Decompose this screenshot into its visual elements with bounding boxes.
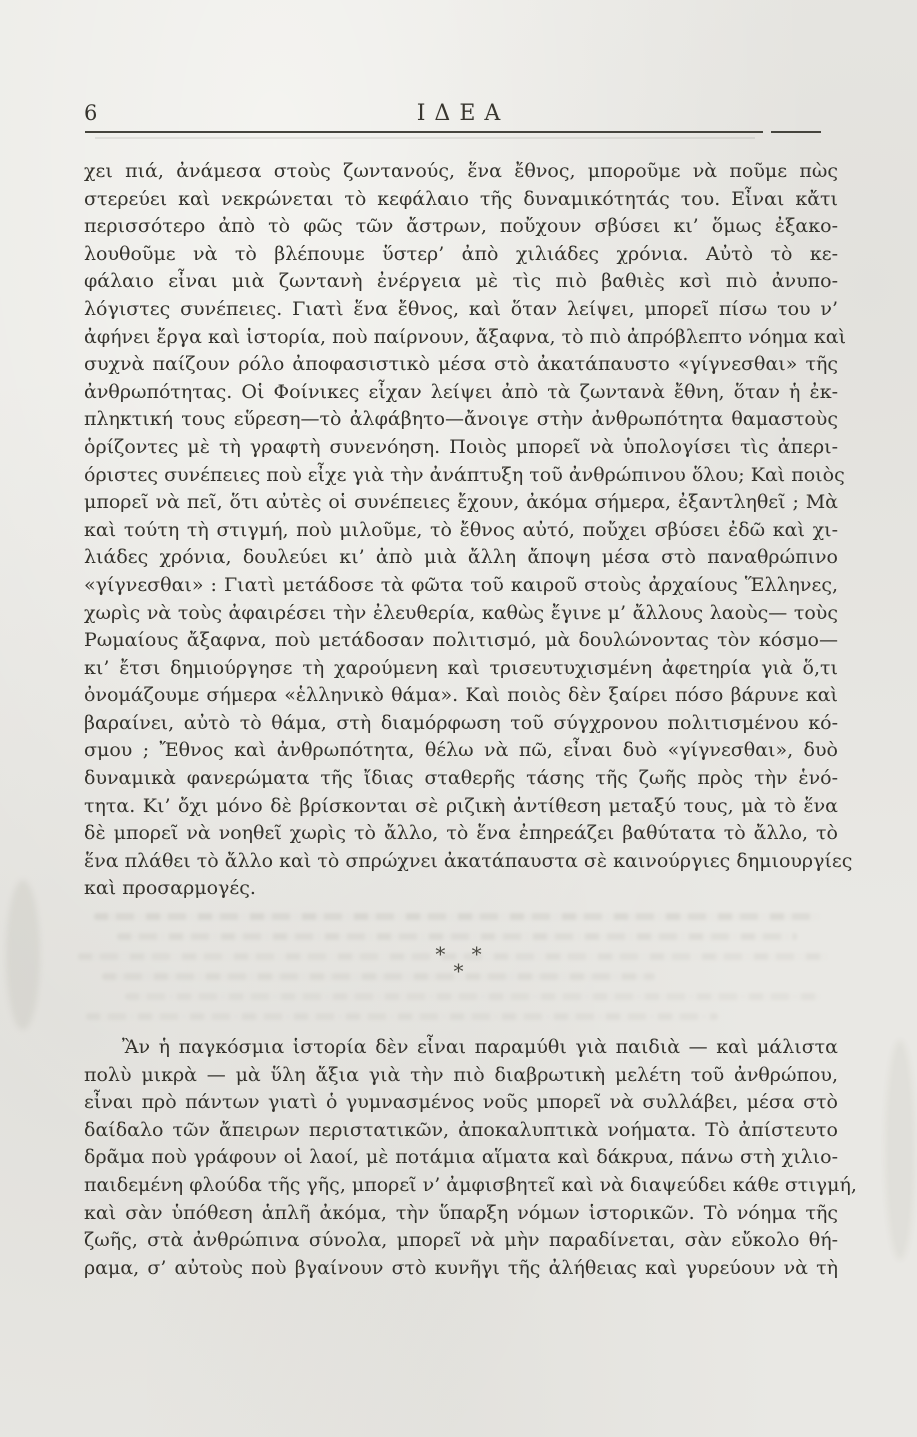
text-line: λουθοῦμε νὰ τὸ βλέπουμε ὕστερ’ ἀπὸ χιλιά… bbox=[84, 241, 838, 269]
scanned-book-page: 6 ΙΔΕΑ χει πιά, ἀνάμεσα στοὺς ζωντανούς,… bbox=[0, 0, 917, 1437]
text-line: ἀνθρωπότητας. Οἱ Φοίνικες εἶχαν λείψει ἀ… bbox=[84, 379, 838, 407]
asterism-divider: * * * bbox=[0, 946, 917, 980]
text-line: στερεύει καὶ νεκρώνεται τὸ κεφάλαιο τῆς … bbox=[84, 186, 838, 214]
header-rule-end-segment bbox=[771, 131, 821, 133]
text-line: χωρὶς νὰ τοὺς ἀφαιρέσει τὴν ἐλευθερία, κ… bbox=[84, 600, 838, 628]
text-line: συχνὰ παίζουν ρόλο ἀποφασιστικὸ μέσα στὸ… bbox=[84, 351, 838, 379]
text-line: πληκτική τους εὕρεση—τὸ ἀλφάβητο—ἄνοιγε … bbox=[84, 406, 838, 434]
text-line: περισσότερο ἀπὸ τὸ φῶς τῶν ἄστρων, ποὔχο… bbox=[84, 213, 838, 241]
running-title: ΙΔΕΑ bbox=[0, 101, 917, 126]
text-line: φάλαιο εἶναι μιὰ ζωντανὴ ἐνέργεια μὲ τὶς… bbox=[84, 268, 838, 296]
text-line: Ρωμαίους ἄξαφνα, ποὺ μετάδοσαν πολιτισμό… bbox=[84, 627, 838, 655]
margin-smudge bbox=[885, 1040, 915, 1260]
text-line: παιδεμένη φλούδα τῆς γῆς, μπορεῖ ν’ ἀμφι… bbox=[84, 1172, 838, 1200]
showthrough-line bbox=[86, 1013, 718, 1020]
text-line: χει πιά, ἀνάμεσα στοὺς ζωντανούς, ἕνα ἔθ… bbox=[84, 158, 838, 186]
text-line: βαραίνει, αὐτὸ τὸ θάμα, στὴ διαμόρφωση τ… bbox=[84, 710, 838, 738]
text-line: δυναμικὰ φανερώματα τῆς ἴδιας σταθερῆς τ… bbox=[84, 765, 838, 793]
text-line: Ἂν ἡ παγκόσμια ἱστορία δὲν εἶναι παραμύθ… bbox=[84, 1034, 838, 1062]
showthrough-line bbox=[125, 993, 820, 1000]
text-line: κι’ ἔτσι δημιούργησε τὴ χαρούμενη καὶ τρ… bbox=[84, 655, 838, 683]
text-line: εἶναι πρὸ πάντων γιατὶ ὁ γυμνασμένος νοῦ… bbox=[84, 1089, 838, 1117]
text-line: ὀνομάζουμε σήμερα «ἑλληνικὸ θάμα». Καὶ π… bbox=[84, 682, 838, 710]
header-rule bbox=[85, 131, 763, 133]
text-line: λιάδες χρόνια, δουλεύει κι’ ἀπὸ μιὰ ἄλλη… bbox=[84, 544, 838, 572]
text-line: ὁρίζοντες μὲ τὴ γραφτὴ συνενόηση. Ποιὸς … bbox=[84, 434, 838, 462]
text-line: ἕνα πλάθει τὸ ἄλλο καὶ τὸ σπρώχνει ἀκατά… bbox=[84, 848, 838, 876]
text-line: μπορεῖ νὰ πεῖ, ὅτι αὐτὲς οἱ συνέπειες ἔχ… bbox=[84, 489, 838, 517]
text-line: καὶ σὰν ὑπόθεση ἁπλῆ ἀκόμα, τὴν ὕπαρξη ν… bbox=[84, 1200, 838, 1228]
text-line: καὶ τούτη τὴ στιγμή, ποὺ μιλοῦμε, τὸ ἔθν… bbox=[84, 517, 838, 545]
text-line: ραμα, σ’ αὐτοὺς ποὺ βγαίνουν στὸ κυνῆγι … bbox=[84, 1255, 838, 1283]
text-line: «γίγνεσθαι» : Γιατὶ μετάδοσε τὰ φῶτα τοῦ… bbox=[84, 572, 838, 600]
text-line: ἀφήνει ἔργα καὶ ἱστορία, ποὺ παίρνουν, ἄ… bbox=[84, 324, 838, 352]
text-line: πολὺ μικρὰ — μὰ ὕλη ἄξια γιὰ τὴν πιὸ δια… bbox=[84, 1062, 838, 1090]
asterism-bottom-row: * bbox=[0, 963, 917, 980]
paragraph-2: Ἂν ἡ παγκόσμια ἱστορία δὲν εἶναι παραμύθ… bbox=[84, 1034, 838, 1282]
text-line: καὶ προσαρμογές. bbox=[84, 875, 838, 903]
showthrough-line bbox=[94, 913, 821, 920]
text-line: τητα. Κι’ ὄχι μόνο δὲ βρίσκονται σὲ ριζι… bbox=[84, 793, 838, 821]
text-line: όριστες συνέπειες ποὺ εἶχε γιὰ τὴν ἀνάπτ… bbox=[84, 462, 838, 490]
paragraph-1: χει πιά, ἀνάμεσα στοὺς ζωντανούς, ἕνα ἔθ… bbox=[84, 158, 838, 903]
header-rule-scan-echo bbox=[95, 137, 755, 139]
showthrough-line bbox=[117, 933, 796, 940]
text-line: δαίδαλο τῶν ἄπειρων περιστατικῶν, ἀποκαλ… bbox=[84, 1117, 838, 1145]
text-line: λόγιστες συνέπειες. Γιατὶ ἕνα ἔθνος, καὶ… bbox=[84, 296, 838, 324]
text-line: δρᾶμα ποὺ γράφουν οἱ λαοί, μὲ ποτάμια αἵ… bbox=[84, 1144, 838, 1172]
text-line: ζωῆς, στὰ ἀνθρώπινα σύνολα, μπορεῖ νὰ μὴ… bbox=[84, 1227, 838, 1255]
text-line: σμου ; Ἔθνος καὶ ἀνθρωπότητα, θέλω νὰ πῶ… bbox=[84, 737, 838, 765]
text-line: δὲ μπορεῖ νὰ νοηθεῖ χωρὶς τὸ ἄλλο, τὸ ἕν… bbox=[84, 820, 838, 848]
